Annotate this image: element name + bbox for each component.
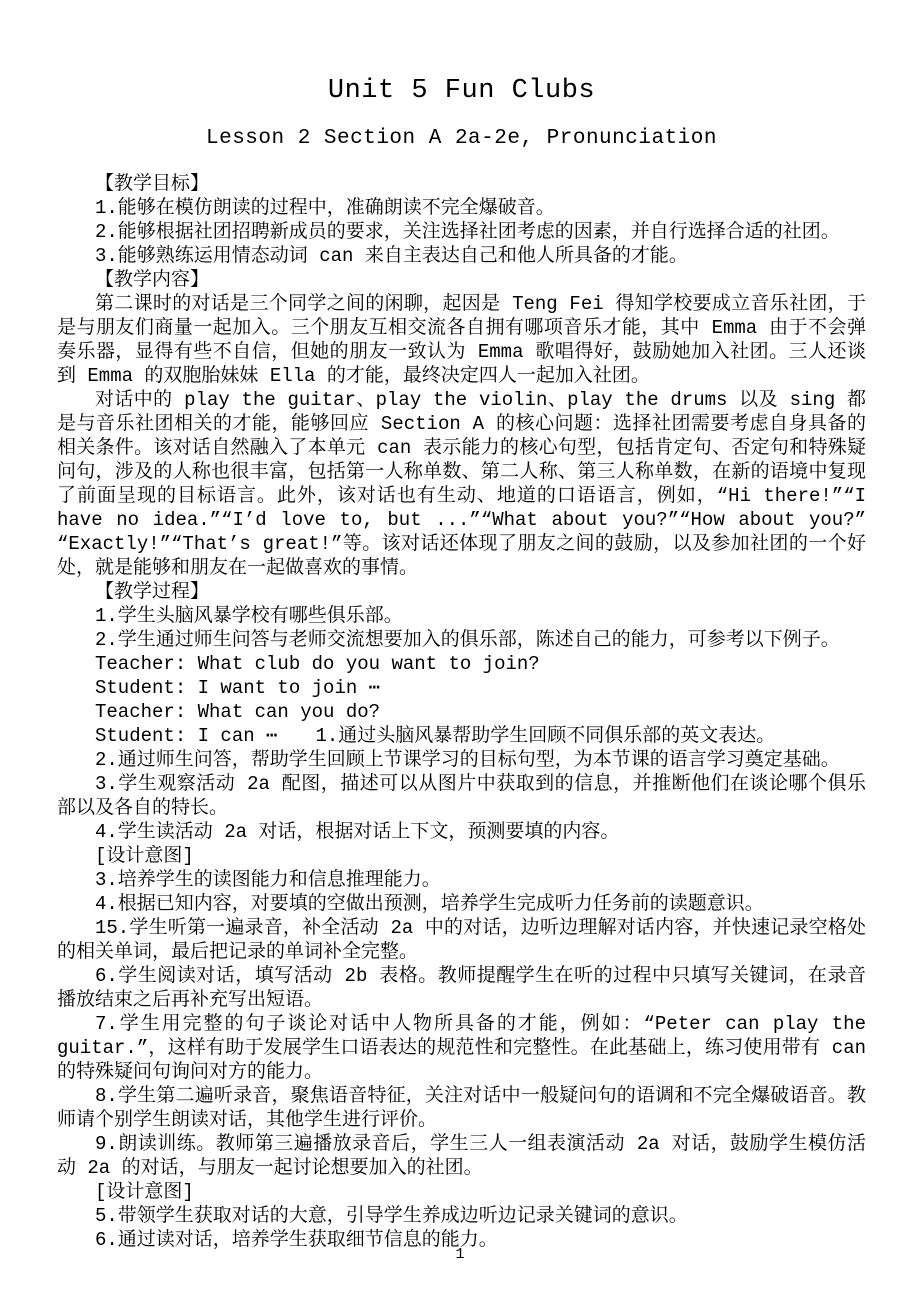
document-title: Unit 5 Fun Clubs <box>57 74 866 108</box>
section-heading-teaching-process: 【教学过程】 <box>57 580 866 604</box>
design-intent-heading-1: [设计意图] <box>57 844 866 868</box>
process-step-2: 2.学生通过师生问答与老师交流想要加入的俱乐部，陈述自己的能力，可参考以下例子。 <box>57 628 866 652</box>
document-subtitle: Lesson 2 Section A 2a-2e, Pronunciation <box>57 126 866 152</box>
process-step-7: 7.学生用完整的句子谈论对话中人物所具备的才能，例如：“Peter can pl… <box>57 1012 866 1084</box>
design-intent-item-3: 3.培养学生的读图能力和信息推理能力。 <box>57 868 866 892</box>
process-step-9: 9.朗读训练。教师第三遍播放录音后，学生三人一组表演活动 2a 对话，鼓励学生模… <box>57 1132 866 1180</box>
document-page: Unit 5 Fun Clubs Lesson 2 Section A 2a-2… <box>0 0 920 1302</box>
dialogue-line-teacher-2: Teacher: What can you do? <box>57 700 866 724</box>
section-heading-teaching-objectives: 【教学目标】 <box>57 172 866 196</box>
process-step-15: 15.学生听第一遍录音，补全活动 2a 中的对话，边听边理解对话内容，并快速记录… <box>57 916 866 964</box>
design-intent-item-4: 4.根据已知内容，对要填的空做出预测，培养学生完成听力任务前的读题意识。 <box>57 892 866 916</box>
objective-item-1: 1.能够在模仿朗读的过程中，准确朗读不完全爆破音。 <box>57 196 866 220</box>
process-step-8: 8.学生第二遍听录音，聚焦语音特征，关注对话中一般疑问句的语调和不完全爆破语音。… <box>57 1084 866 1132</box>
content-paragraph-1: 第二课时的对话是三个同学之间的闲聊，起因是 Teng Fei 得知学校要成立音乐… <box>57 292 866 388</box>
process-step-1: 1.学生头脑风暴学校有哪些俱乐部。 <box>57 604 866 628</box>
process-step-6: 6.学生阅读对话，填写活动 2b 表格。教师提醒学生在听的过程中只填写关键词，在… <box>57 964 866 1012</box>
document-body: 【教学目标】1.能够在模仿朗读的过程中，准确朗读不完全爆破音。2.能够根据社团招… <box>57 172 866 1252</box>
dialogue-line-student-1: Student: I want to join ⋯ <box>57 676 866 700</box>
process-step-2b: 2.通过师生问答，帮助学生回顾上节课学习的目标句型，为本节课的语言学习奠定基础。 <box>57 748 866 772</box>
design-intent-item-5: 5.带领学生获取对话的大意，引导学生养成边听边记录关键词的意识。 <box>57 1204 866 1228</box>
objective-item-3: 3.能够熟练运用情态动词 can 来自主表达自己和他人所具备的才能。 <box>57 244 866 268</box>
page-number: 1 <box>0 1246 920 1264</box>
dialogue-line-student-2: Student: I can ⋯ 1.通过头脑风暴帮助学生回顾不同俱乐部的英文表… <box>57 724 866 748</box>
section-heading-teaching-content: 【教学内容】 <box>57 268 866 292</box>
objective-item-2: 2.能够根据社团招聘新成员的要求，关注选择社团考虑的因素，并自行选择合适的社团。 <box>57 220 866 244</box>
design-intent-heading-2: [设计意图] <box>57 1180 866 1204</box>
process-step-3: 3.学生观察活动 2a 配图，描述可以从图片中获取到的信息，并推断他们在谈论哪个… <box>57 772 866 820</box>
process-step-4: 4.学生读活动 2a 对话，根据对话上下文，预测要填的内容。 <box>57 820 866 844</box>
content-paragraph-2: 对话中的 play the guitar、play the violin、pla… <box>57 388 866 580</box>
dialogue-line-teacher-1: Teacher: What club do you want to join? <box>57 652 866 676</box>
